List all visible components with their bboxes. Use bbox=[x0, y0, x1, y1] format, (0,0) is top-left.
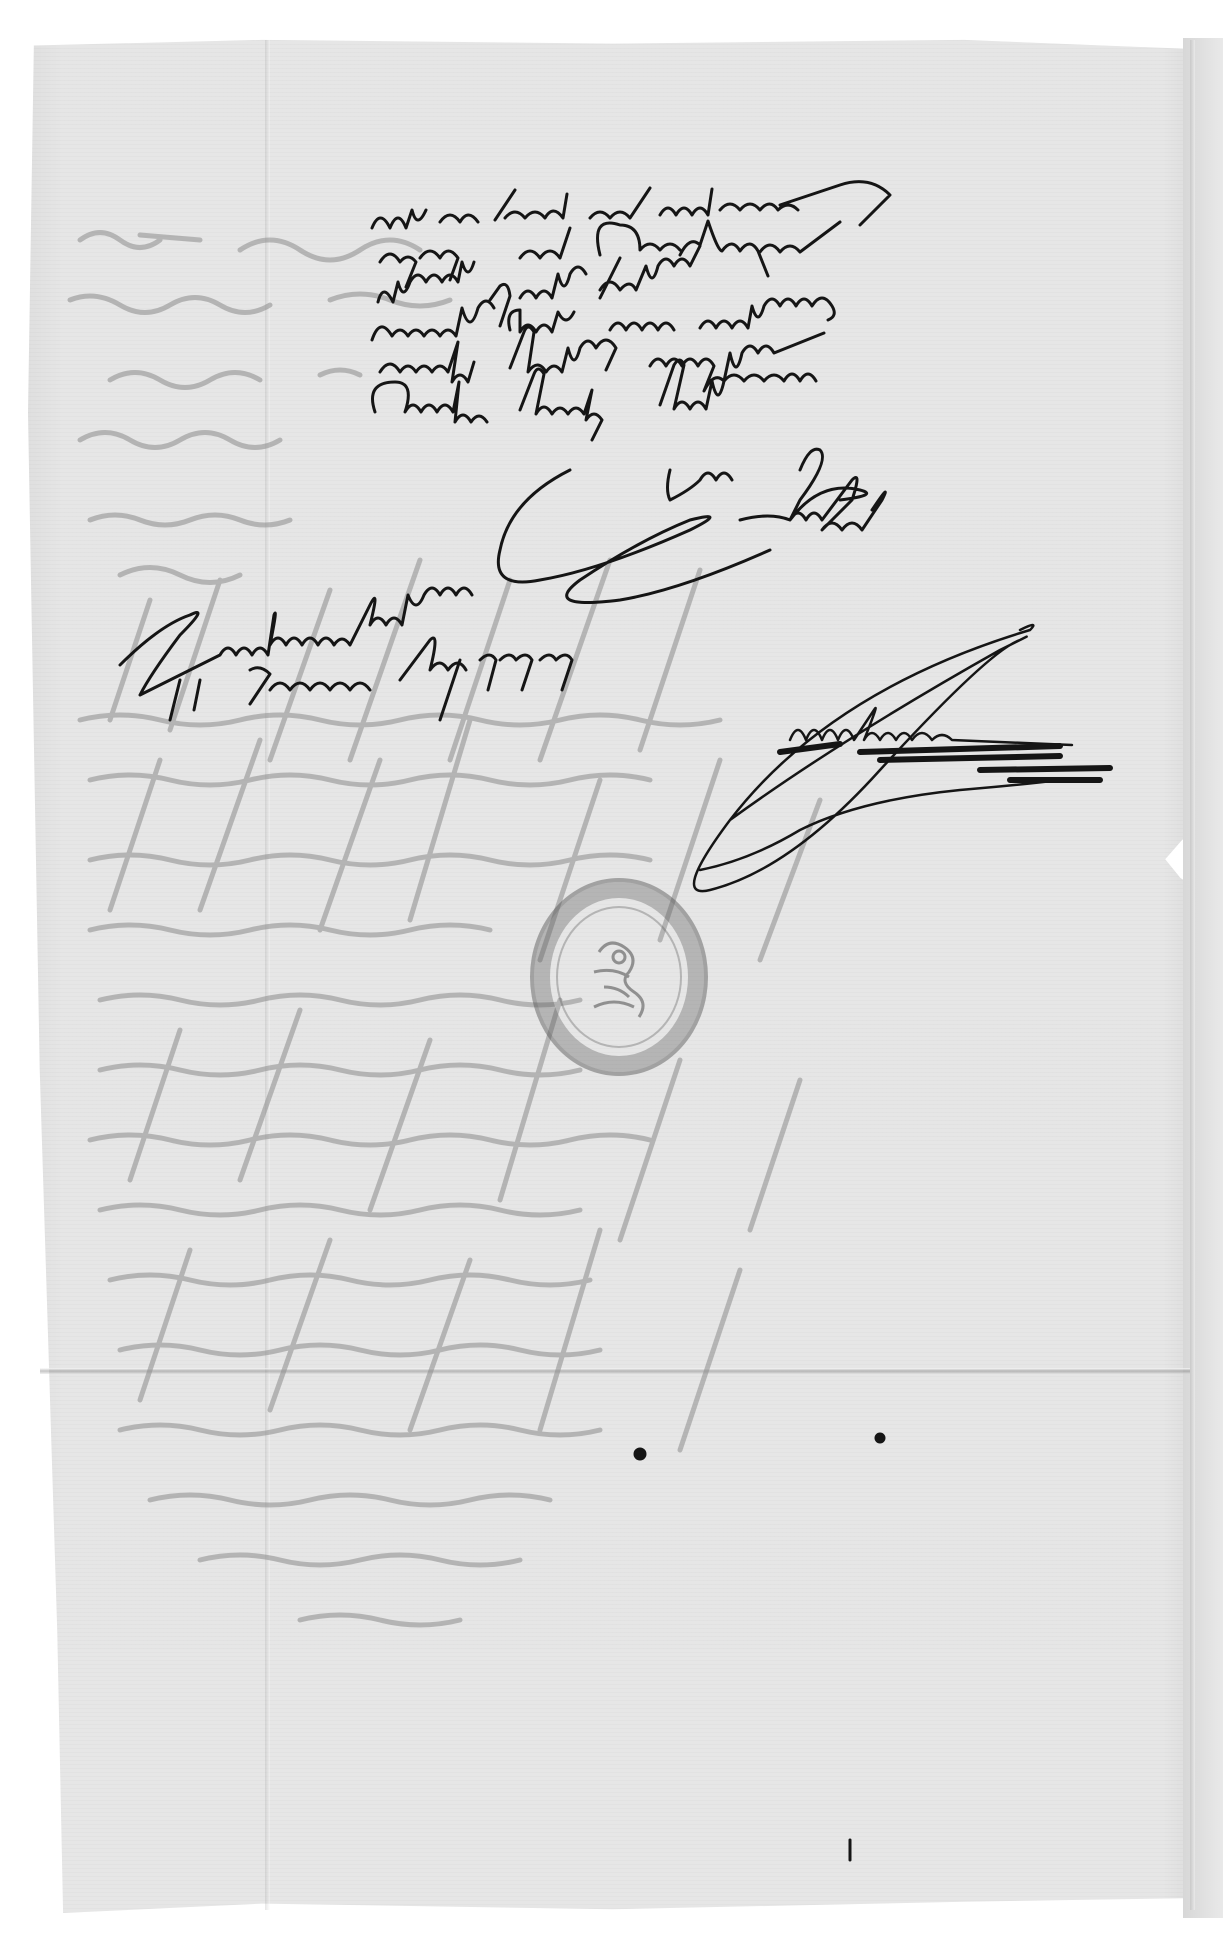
archive-seal-stamp: SIGILLUM ARCHIVI bbox=[530, 878, 708, 1076]
main-text-line: hervorstehen, und wir nachmal bbox=[372, 318, 658, 339]
main-text-line: zu mächtig beidelangen mögen bbox=[380, 350, 666, 371]
place-line: Heiligenstadt bbox=[120, 618, 243, 639]
closing-line-1: Dero Ih. bbox=[670, 462, 745, 483]
main-text-line: zu seyn, dass Ihre fürstlich bbox=[378, 240, 625, 261]
closing-line-2: dienstergebenst ers. bbox=[740, 505, 928, 526]
main-text-line: Und das sowohl wie sonst davor bbox=[372, 200, 666, 221]
main-text-line: überliefern sonst zu allem bbox=[375, 388, 613, 409]
date-line: 11. Aprilis Ao. 1645 bbox=[180, 668, 360, 689]
signature-text: Gillighausen bbox=[790, 724, 904, 745]
main-text-line: Monats zu leben willens bbox=[378, 280, 599, 301]
heraldic-lion-icon bbox=[574, 927, 664, 1027]
